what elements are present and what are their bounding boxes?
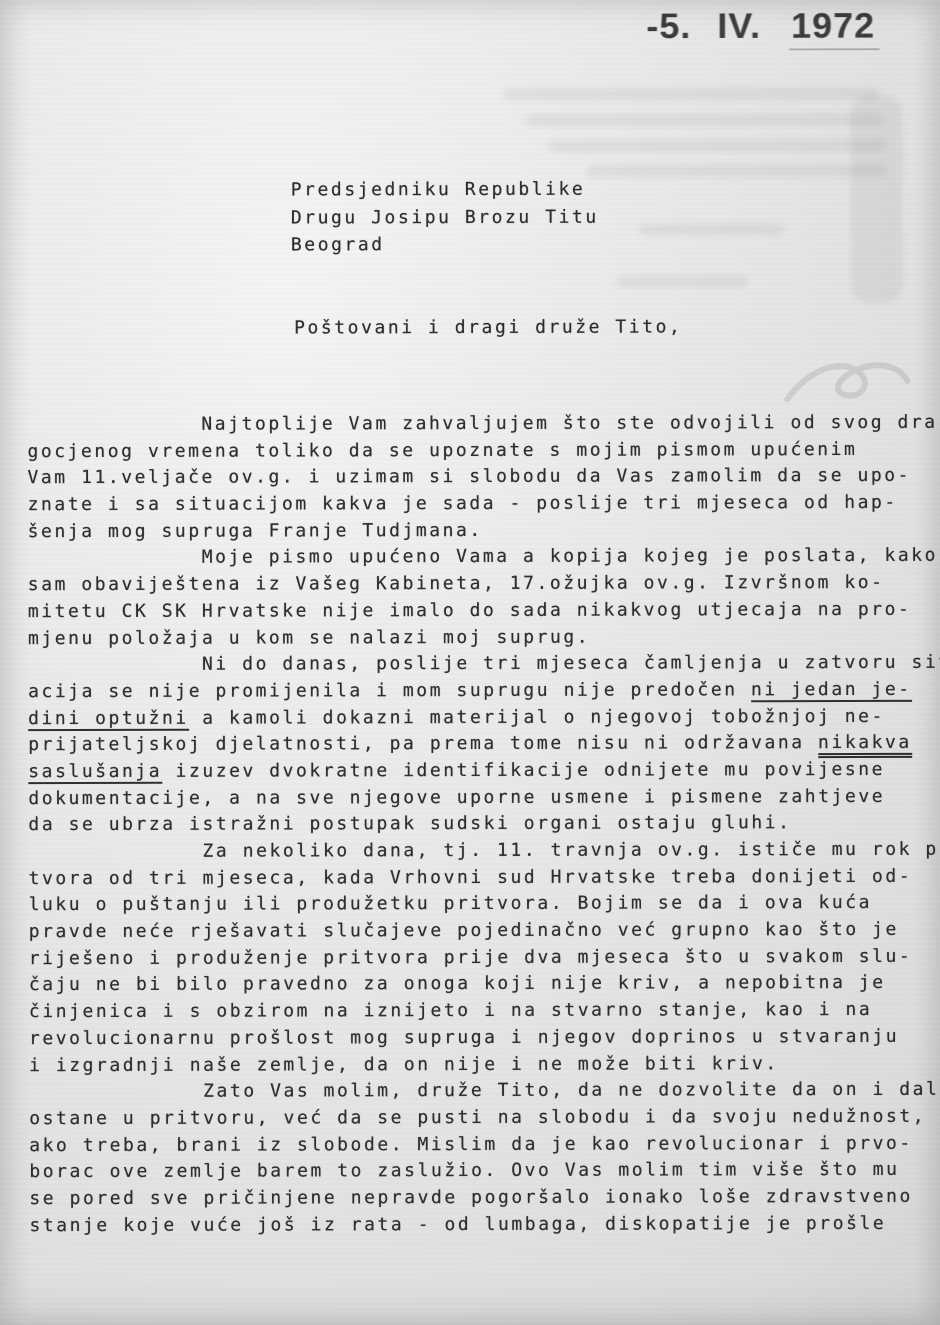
- letter-line: se pored sve pričinjene nepravde pogorša…: [29, 1184, 934, 1213]
- double-underlined-text: nikakva: [818, 732, 912, 758]
- letter-line: mitetu CK SK Hrvatske nije imalo do sada…: [28, 597, 933, 626]
- address-line: Predsjedniku Republike: [291, 176, 599, 204]
- letter-line: Ni do danas, poslije tri mjeseca čamljen…: [28, 650, 933, 679]
- letter-body: Najtoplije Vam zahvaljujem što ste odvoj…: [27, 410, 934, 1240]
- letter-line: tvora od tri mjeseca, kada Vrhovni sud H…: [29, 863, 934, 892]
- letter-line: acija se nije promijenila i mom suprugu …: [28, 677, 933, 706]
- stamp-day: -5.: [646, 6, 691, 47]
- letter-line: Vam 11.veljače ov.g. i uzimam si slobodu…: [27, 463, 932, 492]
- stamp-month: IV.: [717, 6, 761, 47]
- letter-content: -5. IV. 1972 Predsjedniku RepublikeDrugu…: [0, 0, 940, 1325]
- letter-line: Zato Vas molim, druže Tito, da ne dozvol…: [29, 1077, 934, 1106]
- letter-line: borac ove zemlje barem to zaslužio. Ovo …: [29, 1157, 934, 1186]
- letter-line: saslušanja izuzev dvokratne identifikaci…: [28, 757, 933, 786]
- underlined-text: ni jedan je-: [751, 679, 912, 702]
- letter-line: riješeno i produženje pritvora prije dva…: [29, 944, 934, 973]
- letter-line: revolucionarnu prošlost mog supruga i nj…: [29, 1024, 934, 1053]
- salutation: Poštovani i dragi druže Tito,: [294, 316, 682, 338]
- letter-line: gocjenog vremena toliko da se upoznate s…: [27, 436, 932, 465]
- letter-line: sam obaviještena iz Vašeg Kabineta, 17.o…: [28, 570, 933, 599]
- bleedthrough-smudge: [503, 87, 878, 101]
- letter-line: Moje pismo upućeno Vama a kopija kojeg j…: [28, 543, 933, 572]
- bleedthrough-smudge: [639, 223, 784, 235]
- letter-line: prijateljskoj djelatnosti, pa prema tome…: [28, 730, 933, 759]
- underlined-text: saslušanja: [28, 761, 162, 784]
- letter-line: mjenu položaja u kom se nalazi moj supru…: [28, 623, 933, 652]
- letter-line: znate i sa situacijom kakva je sada - po…: [28, 490, 933, 519]
- letter-line: ako treba, brani iz slobode. Mislim da j…: [29, 1130, 934, 1159]
- letter-line: i izgradnji naše zemlje, da on nije i ne…: [29, 1050, 934, 1079]
- address-block: Predsjedniku RepublikeDrugu Josipu Brozu…: [291, 176, 599, 259]
- letter-line: dokumentacije, a na sve njegove uporne u…: [28, 783, 933, 812]
- letter-line: čaju ne bi bilo pravedno za onoga koji n…: [29, 970, 934, 999]
- letter-line: šenja mog supruga Franje Tudjmana.: [28, 517, 933, 546]
- letter-line: luku o puštanju ili produžetku pritvora.…: [29, 890, 934, 919]
- bleedthrough-smudge: [526, 113, 884, 127]
- letter-line: Najtoplije Vam zahvaljujem što ste odvoj…: [27, 410, 932, 439]
- bleedthrough-smudge: [549, 139, 887, 153]
- letter-line: činjenica i s obzirom na iznijeto i na s…: [29, 997, 934, 1026]
- letter-line: ostane u pritvoru, već da se pusti na sl…: [29, 1104, 934, 1133]
- underlined-text: dini optužni: [28, 707, 189, 730]
- letter-line: dini optužni a kamoli dokazni materijal …: [28, 703, 933, 732]
- scanned-letter-page: { "letter": { "stamp": { "day": "-5.", "…: [0, 0, 940, 1325]
- stamp-year: 1972: [791, 6, 875, 47]
- bleedthrough-smudge: [617, 275, 747, 287]
- letter-line: Za nekoliko dana, tj. 11. travnja ov.g. …: [28, 837, 933, 866]
- bleedthrough-smudge: [587, 164, 887, 178]
- letter-line: da se ubrza istražni postupak sudski org…: [28, 810, 933, 839]
- letter-line: stanje koje vuće još iz rata - od lumbag…: [29, 1210, 934, 1239]
- address-line: Beograd: [291, 231, 599, 259]
- address-line: Drugu Josipu Brozu Titu: [291, 203, 599, 231]
- date-stamp: -5. IV. 1972: [646, 6, 875, 47]
- letter-line: pravde neće rješavati slučajeve pojedina…: [29, 917, 934, 946]
- bleedthrough-smudge: [851, 94, 904, 304]
